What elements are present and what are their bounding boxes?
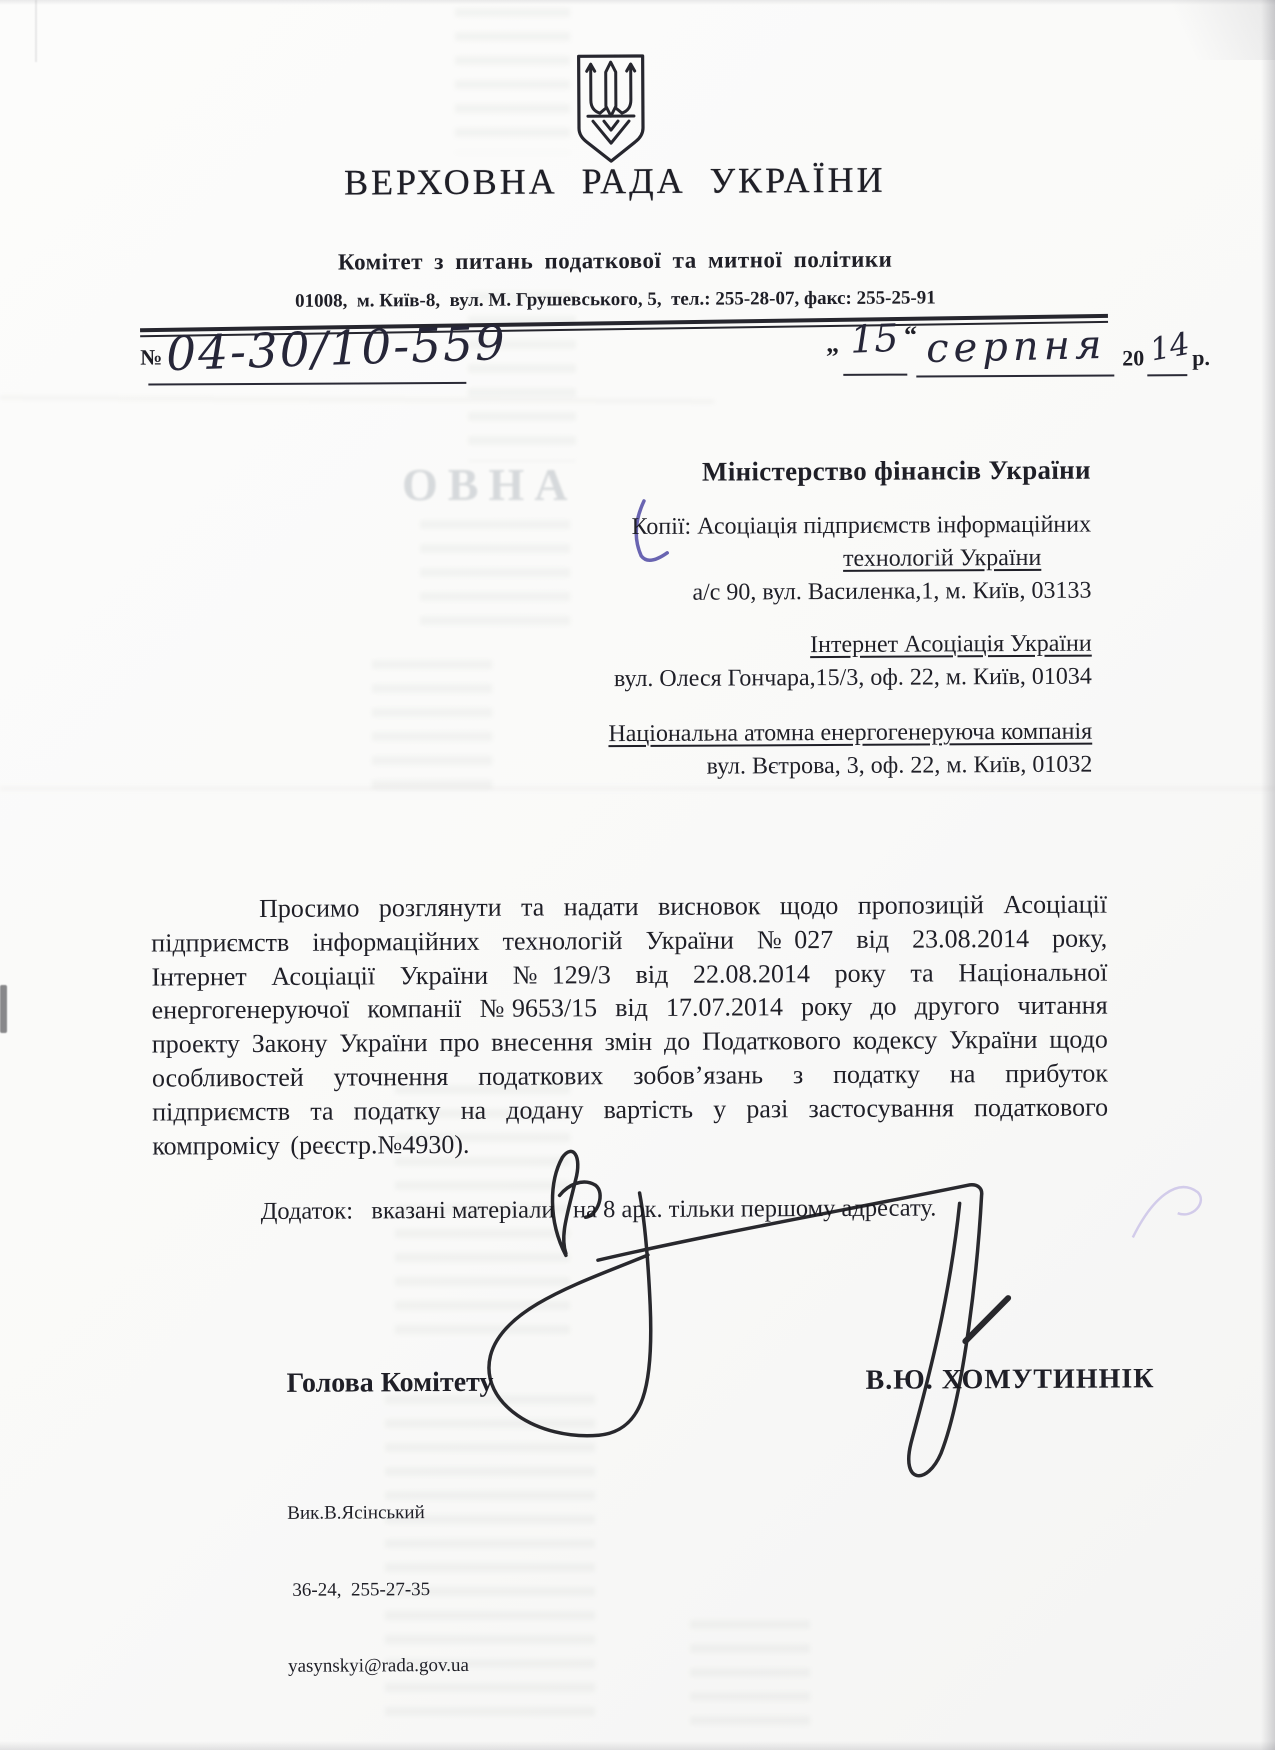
reference-underline [148,382,466,386]
date-month-underline [916,374,1114,377]
ukraine-trident-emblem-icon [574,52,649,164]
committee-name: Комітет з питань податкової та митної по… [0,245,1233,277]
faint-pen-scribble [1122,1157,1213,1257]
executor-phones: 36-24, 255-27-35 [288,1576,469,1602]
recipient-copy2-name: Інтернет Асоціація України [608,630,1092,662]
recipient-primary: Міністерство фінансів України [607,456,1091,488]
date-year-printed: 20 [1122,345,1144,371]
scan-edge-shadow [0,0,1275,5]
recipient-copy3-address: вул. Вєтрова, 3, оф. 22, м. Київ, 01032 [609,751,1093,783]
executor-block: Вик.В.Ясінський 36-24, 255-27-35 yasynsk… [287,1449,469,1730]
organization-title: ВЕРХОВНА РАДА УКРАЇНИ [0,157,1232,205]
recipient-copies-line1: Копії: Асоціація підприємств інформаційн… [607,511,1091,543]
date-open-quote: „ [826,329,839,359]
executor-name: Вик.В.Ясінський [287,1500,468,1526]
date-day-underline [843,374,907,376]
scanned-letter-page: ОВНА ВЕРХОВНА РАДА УКРАЇНИ Комітет з пит… [0,0,1275,1750]
scan-corner-shadow [1125,0,1275,60]
handwritten-signature [447,1133,1049,1511]
date-close-quote: “ [904,321,917,351]
scan-edge-shadow [0,1741,1275,1750]
letter-body-paragraph: Просимо розглянути та надати висновок що… [151,888,1108,1163]
committee-address: 01008, м. Київ-8, вул. М. Грушевського, … [0,286,1233,314]
reference-number-label: № [140,344,162,370]
date-year-underline [1147,374,1187,376]
date-year-suffix: р. [1192,345,1210,371]
recipient-copy3-name: Національна атомна енергогенеруюча компа… [608,718,1092,750]
recipient-copy2-address: вул. Олеся Гончара,15/3, оф. 22, м. Київ… [608,663,1092,695]
recipient-copies-line2: технологій України [607,544,1041,575]
date-year-handwritten: 14 [1147,326,1192,368]
recipients-block: Міністерство фінансів України Копії: Асо… [607,456,1092,787]
date-month-handwritten: серпня [926,322,1107,372]
recipient-copy1-address: а/с 90, вул. Василенка,1, м. Київ, 03133 [608,577,1092,609]
date-day-handwritten: 15 [849,316,899,362]
reference-number-handwritten: 04-30/10-559 [165,316,507,382]
executor-email: yasynskyi@rada.gov.ua [288,1653,469,1679]
scan-edge-shadow [1261,0,1275,1750]
